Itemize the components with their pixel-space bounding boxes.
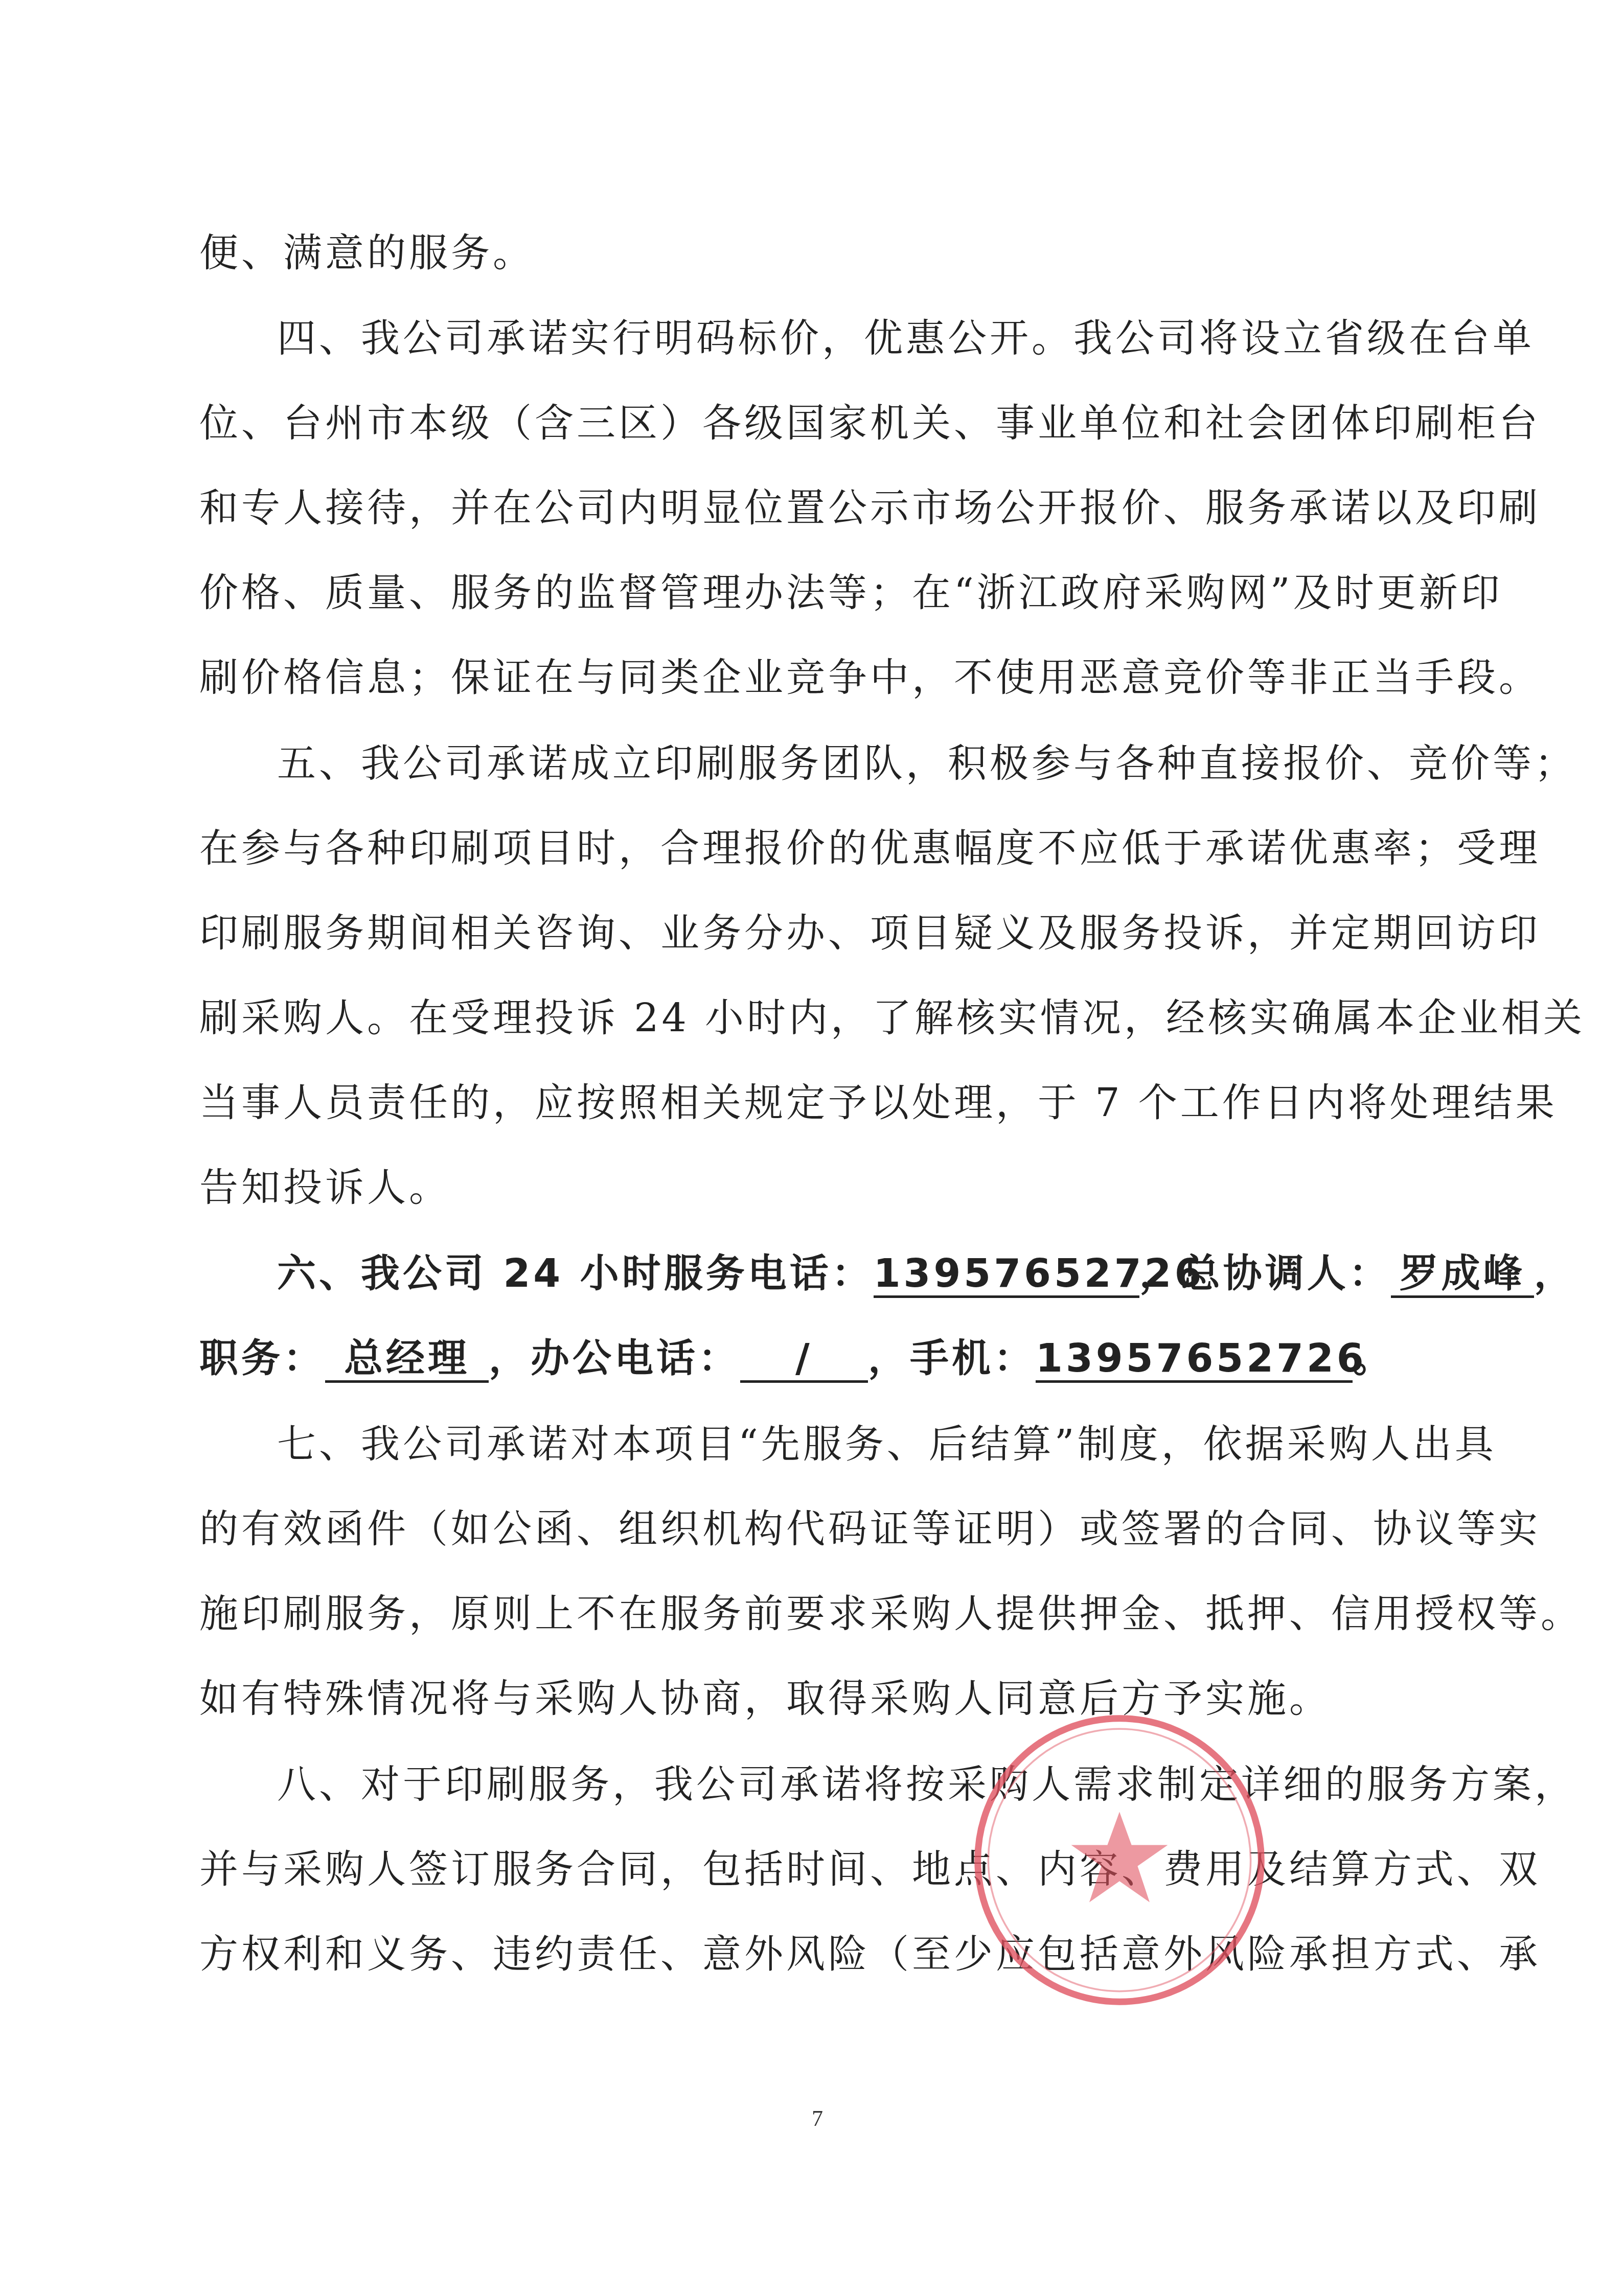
- mobile-phone: 13957652726: [1036, 1336, 1353, 1383]
- position: 总经理: [325, 1336, 489, 1383]
- paragraph-line: 当事人员责任的，应按照相关规定予以处理，于 7 个工作日内将处理结果: [199, 1077, 1558, 1128]
- paragraph-line: 并与采购人签订服务合同，包括时间、地点、内容、费用及结算方式、双: [199, 1844, 1541, 1895]
- paragraph-line: 五、我公司承诺成立印刷服务团队，积极参与各种直接报价、竞价等；: [277, 738, 1576, 789]
- contact-line-1: 六、我公司 24 小时服务电话：13957652726，总协调人：罗成峰，: [277, 1248, 1576, 1299]
- contact-label: 。: [1353, 1335, 1394, 1381]
- paragraph-line: 七、我公司承诺对本项目“先服务、后结算”制度，依据采购人出具: [277, 1419, 1497, 1470]
- paragraph-line: 在参与各种印刷项目时，合理报价的优惠幅度不应低于承诺优惠率；受理: [199, 823, 1541, 874]
- paragraph-line: 价格、质量、服务的监督管理办法等；在“浙江政府采购网”及时更新印: [199, 567, 1503, 618]
- contact-label: 职务：: [199, 1335, 325, 1381]
- contact-label: ，办公电话：: [489, 1335, 740, 1381]
- paragraph-line: 便、满意的服务。: [199, 227, 535, 279]
- coordinator-name: 罗成峰: [1391, 1251, 1534, 1298]
- contact-label: ，总协调人：: [1139, 1250, 1391, 1296]
- paragraph-line: 的有效函件（如公函、组织机构代码证等证明）或签署的合同、协议等实: [199, 1503, 1541, 1555]
- paragraph-line: 印刷服务期间相关咨询、业务分办、项目疑义及服务投诉，并定期回访印: [199, 908, 1541, 959]
- paragraph-line: 如有特殊情况将与采购人协商，取得采购人同意后方予实施。: [199, 1673, 1331, 1724]
- paragraph-line: 和专人接待，并在公司内明显位置公示市场公开报价、服务承诺以及印刷: [199, 482, 1541, 534]
- paragraph-line: 位、台州市本级（含三区）各级国家机关、事业单位和社会团体印刷柜台: [199, 398, 1541, 449]
- paragraph-line: 施印刷服务，原则上不在服务前要求采购人提供押金、抵押、信用授权等。: [199, 1588, 1583, 1639]
- paragraph-line: 告知投诉人。: [199, 1162, 451, 1213]
- contact-label: 六、我公司 24 小时服务电话：: [277, 1250, 874, 1296]
- paragraph-line: 刷价格信息；保证在与同类企业竞争中，不使用恶意竞价等非正当手段。: [199, 652, 1541, 703]
- contact-line-2: 职务：总经理，办公电话：/，手机：13957652726。: [199, 1333, 1394, 1384]
- contact-label: ，手机：: [868, 1335, 1036, 1381]
- paragraph-line: 八、对于印刷服务，我公司承诺将按采购人需求制定详细的服务方案，: [277, 1759, 1576, 1810]
- office-phone: /: [740, 1336, 868, 1383]
- page-number: 7: [812, 2105, 823, 2131]
- paragraph-line: 方权利和义务、违约责任、意外风险（至少应包括意外风险承担方式、承: [199, 1929, 1541, 1980]
- paragraph-line: 四、我公司承诺实行明码标价，优惠公开。我公司将设立省级在台单: [277, 313, 1535, 364]
- contact-label: ，: [1534, 1250, 1576, 1296]
- paragraph-line: 刷采购人。在受理投诉 24 小时内，了解核实情况，经核实确属本企业相关: [199, 992, 1585, 1043]
- service-phone: 13957652726: [874, 1251, 1139, 1298]
